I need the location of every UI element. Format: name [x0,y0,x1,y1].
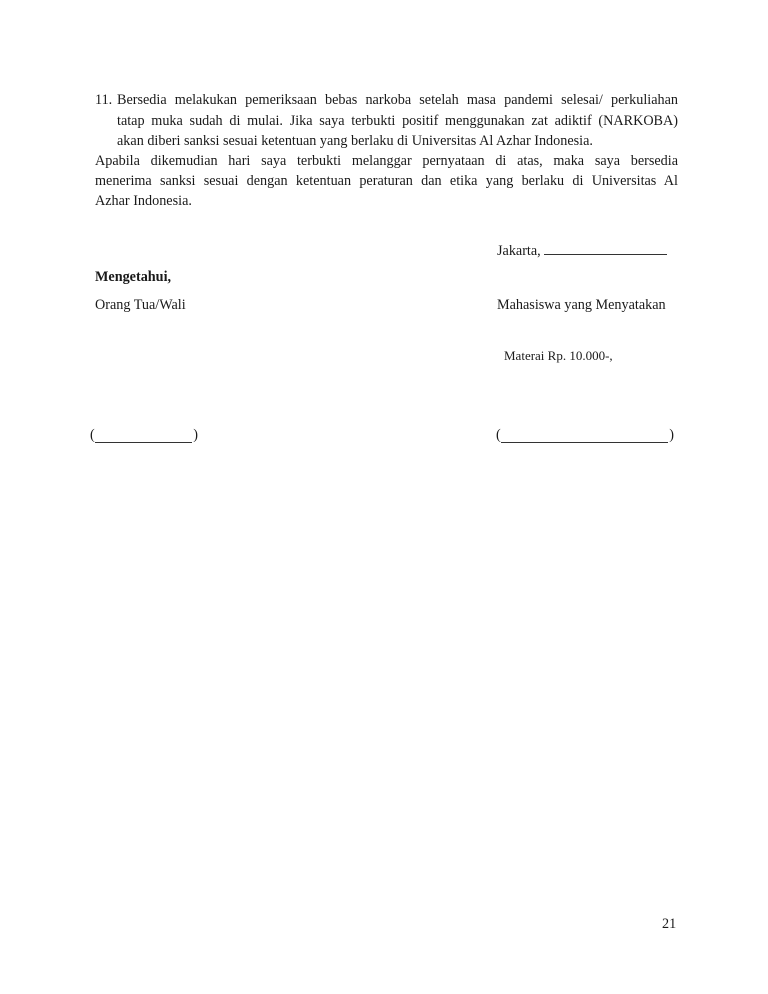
close-paren: ) [193,427,198,444]
parent-guardian-label: Orang Tua/Wali [95,297,186,314]
paragraph-line: Azhar Indonesia. [95,191,678,211]
close-paren: ) [669,427,674,444]
stamp-duty-note: Materai Rp. 10.000-, [504,348,613,364]
page-number: 21 [662,916,676,933]
signature-rule [95,442,192,443]
place-date-label: Jakarta, [497,243,544,259]
acknowledged-label: Mengetahui, [95,269,171,286]
student-signature-line: ( ) [496,427,674,445]
item-text: Bersedia melakukan pemeriksaan bebas nar… [117,90,678,152]
item-line: Bersedia melakukan pemeriksaan bebas nar… [117,90,678,111]
item-number: 11. [95,90,112,111]
statement-item-11: 11. Bersedia melakukan pemeriksaan bebas… [95,90,678,152]
parent-signature-line: ( ) [90,427,198,445]
date-blank-line [544,242,667,255]
paragraph-line: Apabila dikemudian hari saya terbukti me… [95,151,678,171]
student-label: Mahasiswa yang Menyatakan [497,297,666,314]
item-line: tatap muka sudah di mulai. Jika saya ter… [117,111,678,132]
paragraph-line: menerima sanksi sesuai dengan ketentuan … [95,171,678,191]
closing-paragraph: Apabila dikemudian hari saya terbukti me… [95,151,678,211]
item-line: akan diberi sanksi sesuai ketentuan yang… [117,131,678,152]
place-date: Jakarta, [497,242,667,260]
signature-rule [501,442,668,443]
